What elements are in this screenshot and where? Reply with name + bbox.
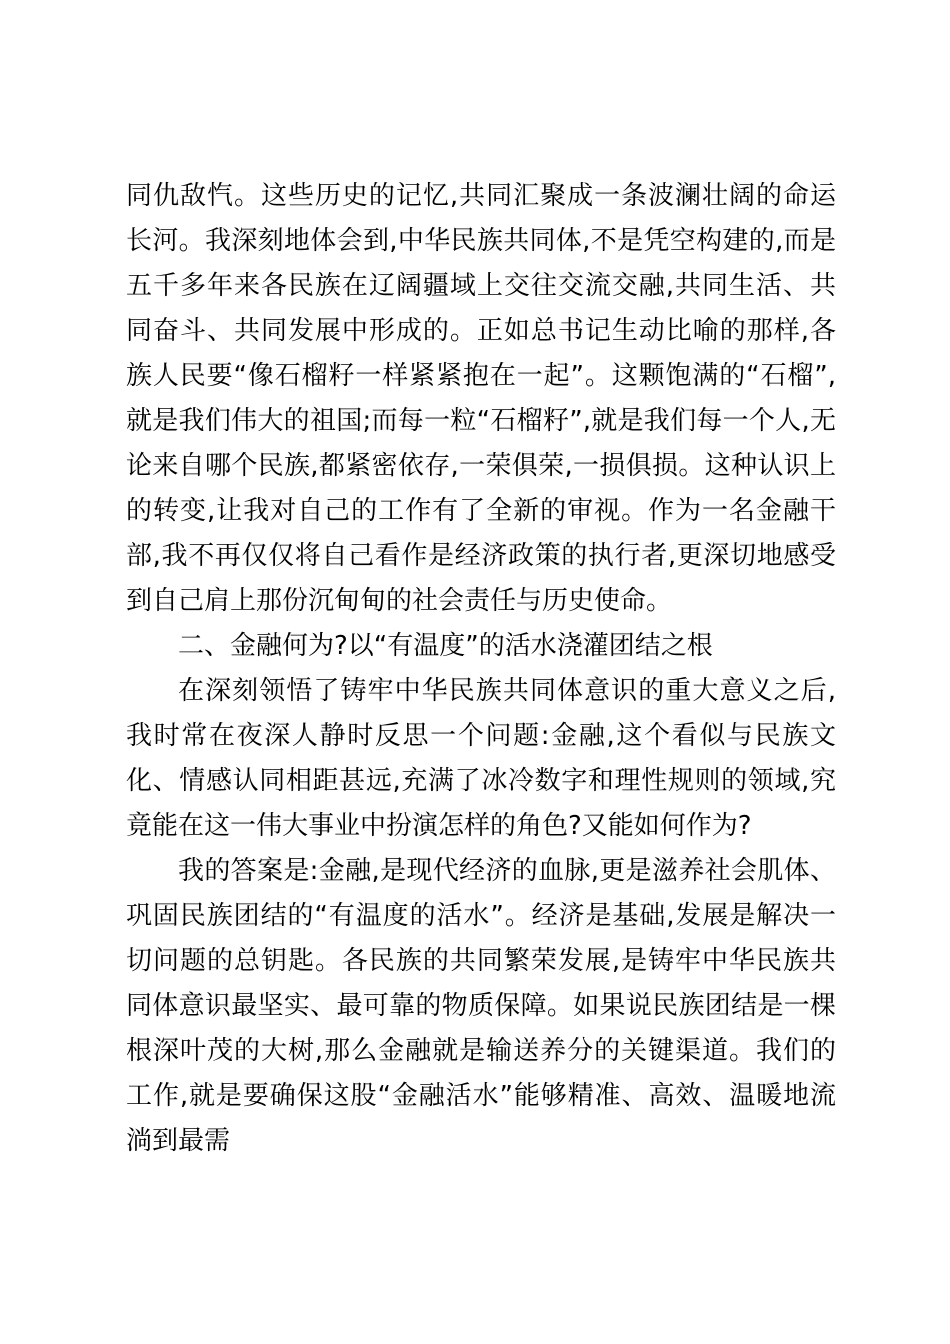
- document-page: 同仇敌忾。这些历史的记忆,共同汇聚成一条波澜壮阔的命运长河。我深刻地体会到,中华…: [0, 0, 950, 1344]
- paragraph-body: 在深刻领悟了铸牢中华民族共同体意识的重大意义之后,我时常在夜深人静时反思一个问题…: [126, 669, 836, 849]
- paragraph-body-continuation: 同仇敌忾。这些历史的记忆,共同汇聚成一条波澜壮阔的命运长河。我深刻地体会到,中华…: [126, 174, 836, 624]
- section-heading: 二、金融何为?以“有温度”的活水浇灌团结之根: [126, 624, 836, 669]
- paragraph-body: 我的答案是:金融,是现代经济的血脉,更是滋养社会肌体、巩固民族团结的“有温度的活…: [126, 849, 836, 1164]
- document-body: 同仇敌忾。这些历史的记忆,共同汇聚成一条波澜壮阔的命运长河。我深刻地体会到,中华…: [126, 174, 836, 1164]
